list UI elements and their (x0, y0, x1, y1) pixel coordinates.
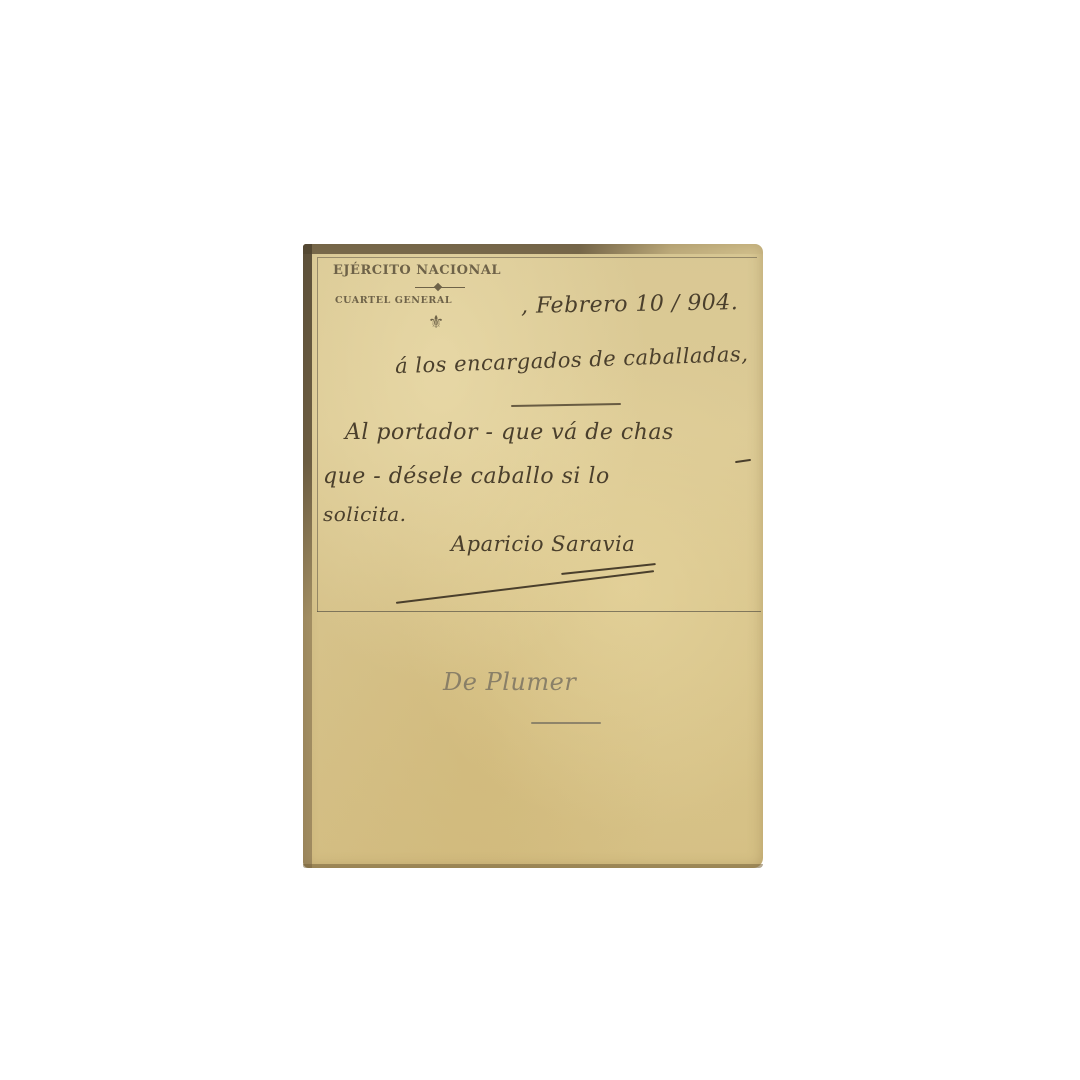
printed-title: EJÉRCITO NACIONAL (333, 263, 501, 278)
addressee-underline (511, 403, 621, 406)
hyphen-mark (735, 459, 751, 463)
pencil-annotation: De Plumer (443, 668, 576, 696)
handwritten-addressee: á los encargados de caballadas, (395, 342, 749, 378)
fleuron-ornament-icon: ⚜ (428, 314, 444, 332)
printed-frame-top (317, 257, 757, 258)
printed-frame-bottom (317, 611, 761, 612)
diamond-ornament-icon (434, 283, 442, 291)
left-edge-stain (303, 244, 312, 868)
printed-frame-left (317, 258, 318, 612)
photo-background: EJÉRCITO NACIONAL CUARTEL GENERAL ⚜ , Fe… (0, 0, 1080, 1080)
printed-subtitle: CUARTEL GENERAL (335, 295, 452, 306)
top-edge-stain (303, 244, 763, 254)
bottom-edge (303, 864, 763, 868)
pencil-underline (531, 722, 601, 724)
document-card: EJÉRCITO NACIONAL CUARTEL GENERAL ⚜ , Fe… (303, 244, 763, 868)
signature-flourish (396, 570, 654, 604)
signature: Aparicio Saravia (451, 532, 635, 556)
body-line-3: solicita. (323, 502, 407, 526)
handwritten-date: , Febrero 10 / 904. (521, 290, 739, 319)
body-line-2: que - désele caballo si lo (323, 464, 610, 489)
body-line-1: Al portador - que vá de chas (345, 420, 674, 445)
